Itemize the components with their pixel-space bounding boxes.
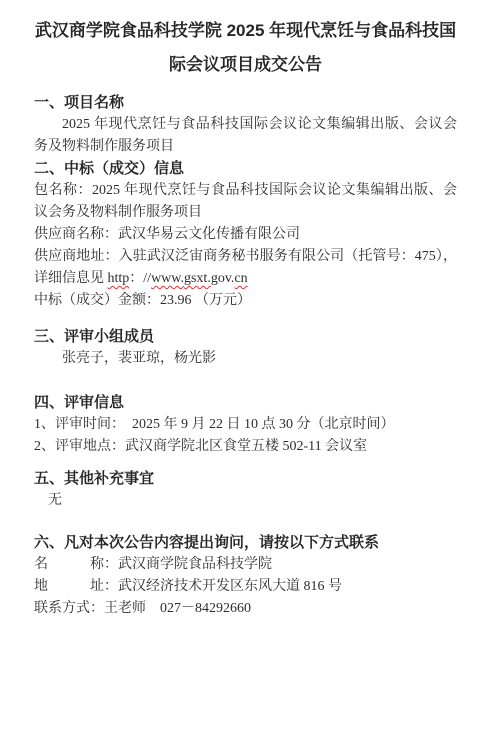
review-location-line: 2、评审地点：武汉商学院北区食堂五楼 502-11 会议室 bbox=[34, 436, 457, 458]
section-5-heading: 五、其他补充事宜 bbox=[34, 468, 457, 490]
section-6-heading: 六、凡对本次公告内容提出询问，请按以下方式联系 bbox=[34, 532, 457, 554]
supplier-address-line: 供应商地址：入驻武汉泛宙商务秘书服务有限公司（托管号：475），详细信息见 ht… bbox=[34, 246, 457, 290]
contact-name-line: 名 称：武汉商学院食品科技学院 bbox=[34, 554, 457, 576]
section-1-heading: 一、项目名称 bbox=[34, 92, 457, 114]
supplementary-note: 无 bbox=[34, 490, 457, 512]
url-part-cn: cn bbox=[234, 271, 247, 286]
notice-document: 武汉商学院食品科技学院 2025 年现代烹饪与食品科技国际会议项目成交公告 一、… bbox=[0, 0, 487, 740]
supplier-name-line: 供应商名称：武汉华易云文化传播有限公司 bbox=[34, 224, 457, 246]
contact-method-line: 联系方式：王老师 027－84292660 bbox=[34, 598, 457, 620]
notice-title: 武汉商学院食品科技学院 2025 年现代烹饪与食品科技国际会议项目成交公告 bbox=[34, 14, 457, 82]
url-part-separator: ：// bbox=[129, 271, 151, 286]
url-part-http: http bbox=[108, 271, 130, 286]
contact-address-line: 地 址：武汉经济技术开发区东风大道 816 号 bbox=[34, 576, 457, 598]
package-name-line: 包名称：2025 年现代烹饪与食品科技国际会议论文集编辑出版、会议会务及物料制作… bbox=[34, 180, 457, 224]
section-3-heading: 三、评审小组成员 bbox=[34, 326, 457, 348]
section-2-heading: 二、中标（成交）信息 bbox=[34, 158, 457, 180]
url-part-gsxt: gsxt. bbox=[184, 271, 211, 286]
award-amount-line: 中标（成交）金额：23.96 （万元） bbox=[34, 290, 457, 312]
section-4-heading: 四、评审信息 bbox=[34, 392, 457, 414]
review-panel-members: 张亮子，裴亚琼，杨光影 bbox=[34, 348, 457, 370]
review-time-line: 1、评审时间： 2025 年 9 月 22 日 10 点 30 分（北京时间） bbox=[34, 414, 457, 436]
url-part-www: www. bbox=[151, 271, 184, 286]
url-part-gov: gov. bbox=[211, 271, 235, 286]
project-name-paragraph: 2025 年现代烹饪与食品科技国际会议论文集编辑出版、会议会务及物料制作服务项目 bbox=[34, 114, 457, 158]
